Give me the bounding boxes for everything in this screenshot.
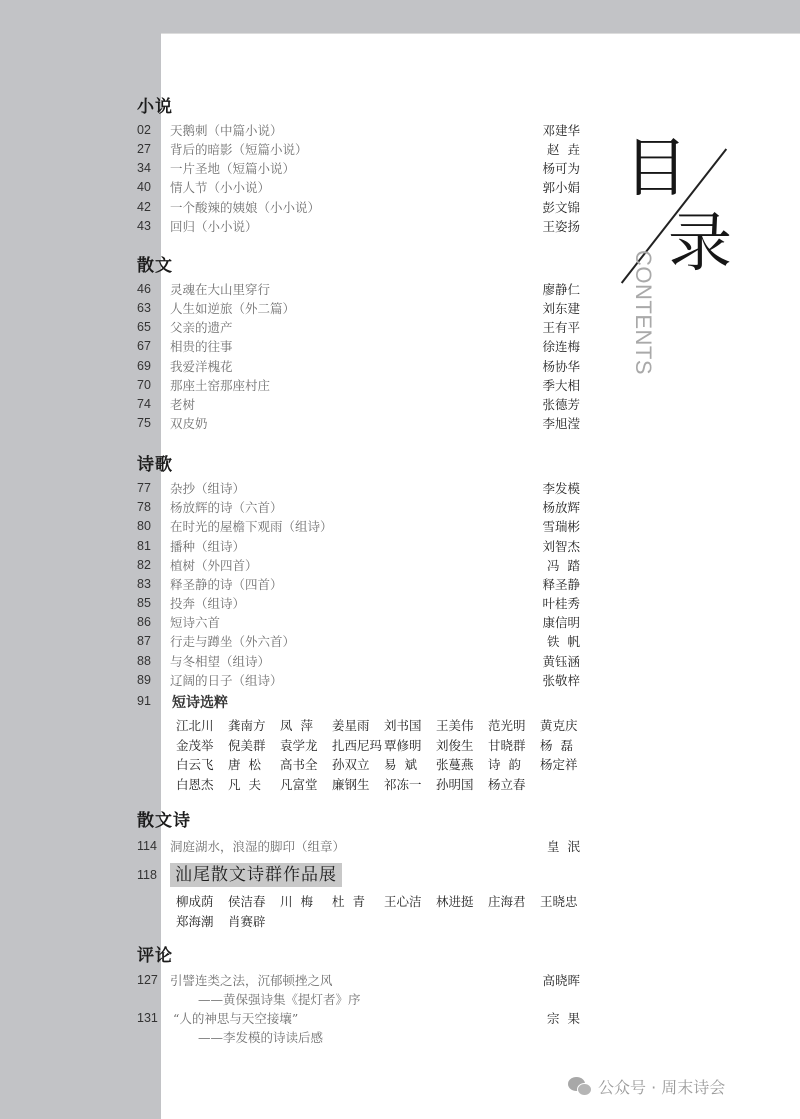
poet-name: 杜 青 bbox=[332, 892, 384, 912]
poet-name: 杨立春 bbox=[488, 775, 540, 795]
toc-entry[interactable]: 87行走与蹲坐（外六首）铁 帆 bbox=[0, 632, 580, 651]
feature-title[interactable]: 短诗选粹 bbox=[172, 692, 228, 712]
entry-author: 杨放辉 bbox=[542, 498, 580, 517]
poet-name: 侯洁春 bbox=[228, 892, 280, 912]
poet-name: 刘俊生 bbox=[436, 736, 488, 756]
entry-author: 刘东建 bbox=[542, 299, 580, 318]
entry-author: 王有平 bbox=[542, 318, 580, 337]
poet-name: 金茂举 bbox=[176, 736, 228, 756]
entry-title: 灵魂在大山里穿行 bbox=[170, 280, 270, 299]
entry-title: 行走与蹲坐（外六首） bbox=[170, 632, 295, 651]
watermark: 公众号 · 周末诗会 bbox=[568, 1075, 725, 1098]
page-number: 42 bbox=[137, 198, 167, 217]
entry-author: 皇 泯 bbox=[547, 837, 580, 856]
page-number: 34 bbox=[137, 159, 167, 178]
poet-name: 唐 松 bbox=[228, 755, 280, 775]
page-number: 81 bbox=[137, 537, 167, 556]
entry-title: 与冬相望（组诗） bbox=[170, 652, 270, 671]
watermark-text: 公众号 · 周末诗会 bbox=[598, 1075, 725, 1098]
poet-name: 林进挺 bbox=[436, 892, 488, 912]
poet-name: 杨定祥 bbox=[540, 755, 592, 775]
poet-name: 廉钢生 bbox=[332, 775, 384, 795]
page-number: 80 bbox=[137, 517, 167, 536]
page-number: 46 bbox=[137, 280, 167, 299]
page-number: 43 bbox=[137, 217, 167, 236]
poet-name: 王心洁 bbox=[384, 892, 436, 912]
poet-name: 柳成荫 bbox=[176, 892, 228, 912]
feature-title-highlight[interactable]: 汕尾散文诗群作品展 bbox=[170, 863, 342, 887]
entry-title: 播种（组诗） bbox=[170, 537, 245, 556]
toc-entry[interactable]: 70那座土窑那座村庄季大相 bbox=[0, 376, 580, 395]
entry-title: 引譬连类之法，沉郁顿挫之风 bbox=[170, 971, 333, 990]
entry-title: 情人节（小小说） bbox=[170, 178, 270, 197]
poet-name: 龚南方 bbox=[228, 716, 280, 736]
toc-feature-entry[interactable]: 91 bbox=[0, 692, 580, 711]
page-number: 86 bbox=[137, 613, 167, 632]
poet-name: 诗 韵 bbox=[488, 755, 540, 775]
names-row: 白云飞唐 松高书全孙双立易 斌张蔓燕诗 韵杨定祥 bbox=[176, 755, 592, 775]
toc-entry[interactable]: 86短诗六首康信明 bbox=[0, 613, 580, 632]
toc-entry[interactable]: 114洞庭湖水，浪湿的脚印（组章）皇 泯 bbox=[0, 837, 580, 856]
page-number: 27 bbox=[137, 140, 167, 159]
poet-name: 庄海君 bbox=[488, 892, 540, 912]
poet-name: 高书全 bbox=[280, 755, 332, 775]
poet-name: 范光明 bbox=[488, 716, 540, 736]
toc-entry[interactable]: 89辽阔的日子（组诗）张敬梓 bbox=[0, 671, 580, 690]
toc-entry[interactable]: 69我爱洋槐花杨协华 bbox=[0, 357, 580, 376]
poet-name: 刘书国 bbox=[384, 716, 436, 736]
entry-title: 短诗六首 bbox=[170, 613, 220, 632]
page-number: 78 bbox=[137, 498, 167, 517]
entry-title: 一个酸辣的姨娘（小小说） bbox=[170, 198, 320, 217]
toc-entry[interactable]: 63人生如逆旅（外二篇）刘东建 bbox=[0, 299, 580, 318]
entry-title: 辽阔的日子（组诗） bbox=[170, 671, 283, 690]
entry-title: 植树（外四首） bbox=[170, 556, 258, 575]
poet-name: 凡富堂 bbox=[280, 775, 332, 795]
entry-author: 铁 帆 bbox=[547, 632, 580, 651]
poet-name: 王晓忠 bbox=[540, 892, 592, 912]
poet-name: 张蔓燕 bbox=[436, 755, 488, 775]
entry-title: 在时光的屋檐下观雨（组诗） bbox=[170, 517, 333, 536]
page-number: 118 bbox=[137, 866, 167, 885]
toc-entry[interactable]: 65父亲的遗产王有平 bbox=[0, 318, 580, 337]
page-number: 88 bbox=[137, 652, 167, 671]
entry-author: 郭小娟 bbox=[542, 178, 580, 197]
page-number: 127 bbox=[137, 971, 167, 990]
page-number: 40 bbox=[137, 178, 167, 197]
entry-author: 王姿扬 bbox=[542, 217, 580, 236]
entry-author: 刘智杰 bbox=[542, 537, 580, 556]
page-number: 91 bbox=[137, 692, 167, 711]
toc-entry[interactable]: 02天鹅刺（中篇小说）邓建华 bbox=[0, 121, 580, 140]
entry-title: 洞庭湖水，浪湿的脚印（组章） bbox=[170, 837, 345, 856]
toc-entry[interactable]: 42一个酸辣的姨娘（小小说）彭文锦 bbox=[0, 198, 580, 217]
entry-author: 杨协华 bbox=[542, 357, 580, 376]
toc-entry[interactable]: 74老树张德芳 bbox=[0, 395, 580, 414]
entry-author: 徐连梅 bbox=[542, 337, 580, 356]
names-row: 柳成荫侯洁春川 梅杜 青王心洁林进挺庄海君王晓忠 bbox=[176, 892, 592, 912]
toc-entry[interactable]: 131“人的神思与天空接壤”宗 果 bbox=[0, 1009, 580, 1028]
section-heading-prose-poetry: 散文诗 bbox=[137, 806, 191, 831]
entry-title: 杨放辉的诗（六首） bbox=[170, 498, 283, 517]
page-number: 74 bbox=[137, 395, 167, 414]
poet-name: 江北川 bbox=[176, 716, 228, 736]
title-char-mu: 目 bbox=[624, 137, 688, 201]
poet-name: 凡 夫 bbox=[228, 775, 280, 795]
page-number: 87 bbox=[137, 632, 167, 651]
page-number: 131 bbox=[137, 1009, 167, 1028]
poet-name: 孙双立 bbox=[332, 755, 384, 775]
entry-author: 康信明 bbox=[542, 613, 580, 632]
poet-name: 肖赛辟 bbox=[228, 912, 280, 932]
names-row: 白恩杰凡 夫凡富堂廉钢生祁冻一孙明国杨立春 bbox=[176, 775, 592, 795]
toc-entry[interactable]: 127引譬连类之法，沉郁顿挫之风高晓晖 bbox=[0, 971, 580, 990]
poet-name: 倪美群 bbox=[228, 736, 280, 756]
entry-title: 一片圣地（短篇小说） bbox=[170, 159, 295, 178]
title-char-lu: 录 bbox=[668, 212, 732, 276]
toc-entry[interactable]: 88与冬相望（组诗）黄钰涵 bbox=[0, 652, 580, 671]
poet-name: 甘晓群 bbox=[488, 736, 540, 756]
toc-entry[interactable]: 81播种（组诗）刘智杰 bbox=[0, 537, 580, 556]
entry-title: “人的神思与天空接壤” bbox=[173, 1009, 298, 1028]
wechat-icon bbox=[568, 1077, 592, 1097]
entry-title: 背后的暗影（短篇小说） bbox=[170, 140, 308, 159]
toc-entry[interactable]: 40情人节（小小说）郭小娟 bbox=[0, 178, 580, 197]
contents-label: CONTENTS bbox=[630, 250, 656, 375]
entry-title: 回归（小小说） bbox=[170, 217, 258, 236]
names-row: 郑海潮肖赛辟 bbox=[176, 912, 592, 932]
entry-title: 相贵的往事 bbox=[170, 337, 233, 356]
page-number: 89 bbox=[137, 671, 167, 690]
poet-name: 郑海潮 bbox=[176, 912, 228, 932]
toc-entry[interactable]: 82植树（外四首）冯 踏 bbox=[0, 556, 580, 575]
entry-title: 那座土窑那座村庄 bbox=[170, 376, 270, 395]
entry-author: 张德芳 bbox=[542, 395, 580, 414]
toc-entry[interactable]: 78杨放辉的诗（六首）杨放辉 bbox=[0, 498, 580, 517]
section-heading-fiction: 小说 bbox=[137, 92, 173, 117]
entry-title: 我爱洋槐花 bbox=[170, 357, 233, 376]
page-number: 82 bbox=[137, 556, 167, 575]
entry-author: 赵 垚 bbox=[547, 140, 580, 159]
toc-entry[interactable]: 67相贵的往事徐连梅 bbox=[0, 337, 580, 356]
page-number: 02 bbox=[137, 121, 167, 140]
poet-name: 凤 萍 bbox=[280, 716, 332, 736]
entry-title: 人生如逆旅（外二篇） bbox=[170, 299, 295, 318]
toc-entry[interactable]: 46灵魂在大山里穿行廖静仁 bbox=[0, 280, 580, 299]
entry-author: 季大相 bbox=[542, 376, 580, 395]
names-row: 江北川龚南方凤 萍姜星雨刘书国王美伟范光明黄克庆 bbox=[176, 716, 592, 736]
entry-subtitle: ——黄保强诗集《提灯者》序 bbox=[198, 990, 361, 1009]
poet-name: 祁冻一 bbox=[384, 775, 436, 795]
poet-name: 覃修明 bbox=[384, 736, 436, 756]
entry-author: 廖静仁 bbox=[542, 280, 580, 299]
poet-name: 扎西尼玛 bbox=[332, 736, 384, 756]
entry-author: 黄钰涵 bbox=[542, 652, 580, 671]
toc-entry[interactable]: 85投奔（组诗）叶桂秀 bbox=[0, 594, 580, 613]
entry-author: 李发模 bbox=[542, 479, 580, 498]
poet-names-grid: 柳成荫侯洁春川 梅杜 青王心洁林进挺庄海君王晓忠 郑海潮肖赛辟 bbox=[176, 892, 592, 931]
section-heading-prose: 散文 bbox=[137, 251, 173, 276]
entry-author: 雪瑞彬 bbox=[542, 517, 580, 536]
page-number: 70 bbox=[137, 376, 167, 395]
entry-title: 释圣静的诗（四首） bbox=[170, 575, 283, 594]
names-row: 金茂举倪美群袁学龙扎西尼玛覃修明刘俊生甘晓群杨 磊 bbox=[176, 736, 592, 756]
page-number: 77 bbox=[137, 479, 167, 498]
entry-title: 天鹅刺（中篇小说） bbox=[170, 121, 283, 140]
entry-title: 投奔（组诗） bbox=[170, 594, 245, 613]
poet-name: 袁学龙 bbox=[280, 736, 332, 756]
toc-entry[interactable]: 27背后的暗影（短篇小说）赵 垚 bbox=[0, 140, 580, 159]
section-heading-criticism: 评论 bbox=[137, 941, 173, 966]
page-number: 75 bbox=[137, 414, 167, 433]
poet-name: 白云飞 bbox=[176, 755, 228, 775]
poet-name: 姜星雨 bbox=[332, 716, 384, 736]
entry-author: 叶桂秀 bbox=[542, 594, 580, 613]
page-number: 83 bbox=[137, 575, 167, 594]
entry-author: 释圣静 bbox=[542, 575, 580, 594]
page-number: 114 bbox=[137, 837, 167, 856]
page-number: 69 bbox=[137, 357, 167, 376]
entry-subtitle: ——李发模的诗读后感 bbox=[198, 1028, 323, 1047]
entry-title: 父亲的遗产 bbox=[170, 318, 233, 337]
page-number: 67 bbox=[137, 337, 167, 356]
entry-title: 杂抄（组诗） bbox=[170, 479, 245, 498]
entry-title: 双皮奶 bbox=[170, 414, 208, 433]
toc-entry[interactable]: 83释圣静的诗（四首）释圣静 bbox=[0, 575, 580, 594]
poet-name: 孙明国 bbox=[436, 775, 488, 795]
entry-author: 邓建华 bbox=[542, 121, 580, 140]
poet-name: 王美伟 bbox=[436, 716, 488, 736]
page-number: 85 bbox=[137, 594, 167, 613]
poet-name: 黄克庆 bbox=[540, 716, 592, 736]
poet-names-grid: 江北川龚南方凤 萍姜星雨刘书国王美伟范光明黄克庆 金茂举倪美群袁学龙扎西尼玛覃修… bbox=[176, 716, 592, 794]
page-number: 63 bbox=[137, 299, 167, 318]
entry-author: 杨可为 bbox=[542, 159, 580, 178]
poet-name: 白恩杰 bbox=[176, 775, 228, 795]
page-number: 65 bbox=[137, 318, 167, 337]
section-heading-poetry: 诗歌 bbox=[137, 450, 173, 475]
entry-author: 张敬梓 bbox=[542, 671, 580, 690]
entry-author: 彭文锦 bbox=[542, 198, 580, 217]
toc-entry[interactable]: 77杂抄（组诗）李发模 bbox=[0, 479, 580, 498]
poet-name: 易 斌 bbox=[384, 755, 436, 775]
entry-title: 老树 bbox=[170, 395, 195, 414]
poet-name: 杨 磊 bbox=[540, 736, 592, 756]
entry-author: 冯 踏 bbox=[547, 556, 580, 575]
entry-author: 宗 果 bbox=[547, 1009, 580, 1028]
toc-entry[interactable]: 43回归（小小说）王姿扬 bbox=[0, 217, 580, 236]
poet-name: 川 梅 bbox=[280, 892, 332, 912]
entry-author: 李旭滢 bbox=[542, 414, 580, 433]
toc-entry[interactable]: 34一片圣地（短篇小说）杨可为 bbox=[0, 159, 580, 178]
toc-entry[interactable]: 75双皮奶李旭滢 bbox=[0, 414, 580, 433]
toc-entry[interactable]: 80在时光的屋檐下观雨（组诗）雪瑞彬 bbox=[0, 517, 580, 536]
entry-author: 高晓晖 bbox=[542, 971, 580, 990]
